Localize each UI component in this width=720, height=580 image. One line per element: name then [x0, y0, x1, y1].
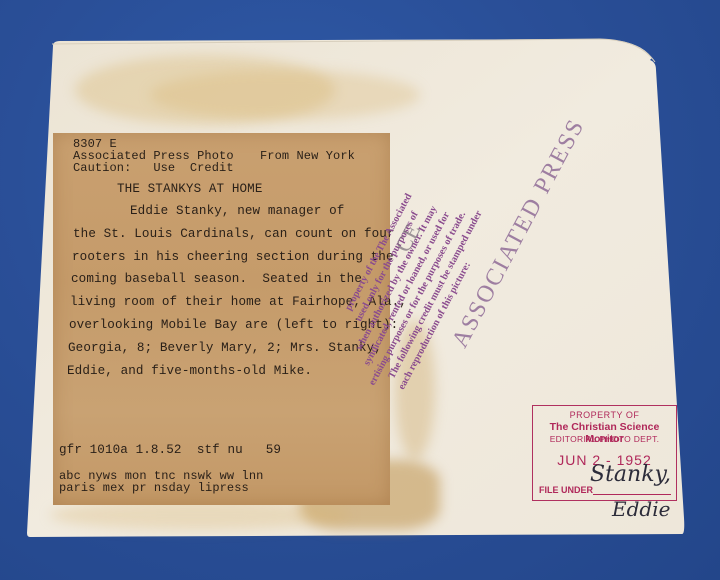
body-line: Georgia, 8; Beverly Mary, 2; Mrs. Stanky… [68, 341, 382, 355]
slug-line: gfr 1010a 1.8.52 stf nu 59 [59, 443, 281, 457]
handwritten-surname: Stanky, [590, 462, 671, 487]
handwritten-firstname: Eddie [612, 497, 670, 521]
file-under-line [593, 494, 671, 495]
body-line: Eddie, and five-months-old Mike. [67, 364, 312, 378]
caution-line: Caution: Use Credit [73, 162, 234, 174]
body-line: Eddie Stanky, new manager of [130, 204, 344, 218]
file-under-label: FILE UNDER [539, 485, 593, 495]
csm-property-of: PROPERTY OF [533, 410, 676, 420]
body-line: coming baseball season. Seated in the [71, 272, 362, 286]
caption-label: 8307 E Associated Press Photo From New Y… [53, 133, 390, 505]
body-line: overlooking Mobile Bay are (left to righ… [69, 318, 398, 332]
distribution-line: paris mex pr nsday lipress [59, 482, 249, 494]
headline: THE STANKYS AT HOME [117, 182, 263, 196]
body-line: the St. Louis Cardinals, can count on fo… [73, 227, 395, 241]
origin: From New York [260, 150, 355, 162]
csm-dept: EDITORIAL PHOTO DEPT. [533, 434, 676, 444]
photo-back: 8307 E Associated Press Photo From New Y… [0, 0, 720, 580]
body-line: rooters in his cheering section during t… [72, 250, 394, 264]
